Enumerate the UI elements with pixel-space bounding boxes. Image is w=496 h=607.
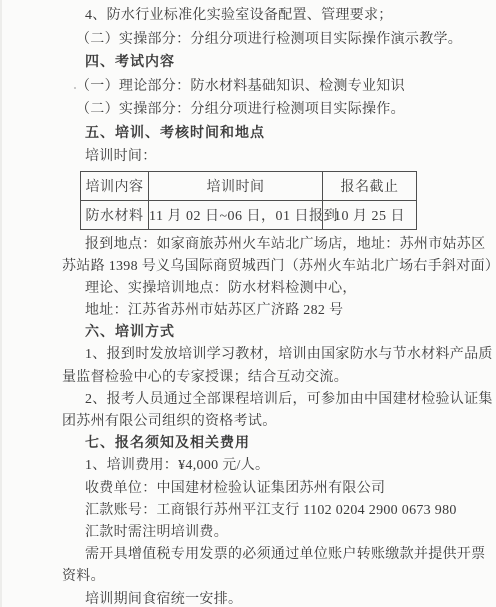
table-header-cell: 培训内容 — [81, 171, 149, 200]
doc-line: 培训时间： — [62, 145, 470, 169]
table-header-cell: 培训时间 — [149, 171, 323, 200]
doc-line: 苏站路 1398 号义乌国际商贸城西门（苏州火车站北广场右手斜对面） — [62, 256, 470, 278]
document-body-bottom: 报到地点：如家商旅苏州火车站北广场店，地址：苏州市姑苏区 苏站路 1398 号义… — [62, 234, 470, 607]
doc-line: （一）理论部分：防水材料基础知识、检测专业知识 — [62, 75, 470, 99]
training-schedule-table: 培训内容 培训时间 报名截止 防水材料 11 月 02 日~06 日，01 日报… — [80, 171, 417, 230]
doc-line: （二）实操部分：分组分项进行检测项目实际操作演示教学。 — [62, 28, 470, 52]
heading-registration-fees: 七、报名须知及相关费用 — [62, 433, 470, 455]
table-row: 防水材料 11 月 02 日~06 日，01 日报到 10 月 25 日 — [81, 200, 417, 229]
doc-line: 2、报考人员通过全部课程培训后，可参加由中国建材检验认证集 — [62, 389, 470, 411]
doc-line: 理论、实操培训地点：防水材料检测中心， — [62, 278, 470, 300]
doc-line: 团苏州有限公司组织的资格考试。 — [62, 411, 470, 433]
heading-training-method: 六、培训方式 — [62, 322, 470, 344]
doc-line: 需开具增值税专用发票的必须通过单位账户转账缴款并提供开票 — [62, 544, 470, 566]
table-header-row: 培训内容 培训时间 报名截止 — [81, 171, 417, 200]
table-header-cell: 报名截止 — [323, 171, 417, 200]
doc-line: 量监督检验中心的专家授课；结合互动交流。 — [62, 367, 470, 389]
doc-line: （二）实操部分：分组分项进行检测项目实际操作。 — [62, 98, 470, 122]
heading-training-time-place: 五、培训、考核时间和地点 — [62, 122, 470, 146]
scanned-document-page: 4、防水行业标准化实验室设备配置、管理要求； （二）实操部分：分组分项进行检测项… — [0, 0, 496, 607]
doc-line: 资料。 — [62, 566, 470, 588]
doc-line: 汇款账号：工商银行苏州平江支行 1102 0204 2900 0673 980 — [62, 500, 470, 522]
doc-line: 4、防水行业标准化实验室设备配置、管理要求； — [62, 4, 470, 28]
doc-line: 地址：江苏省苏州市姑苏区广济路 282 号 — [62, 300, 470, 322]
table-cell: 11 月 02 日~06 日，01 日报到 — [149, 200, 323, 229]
scan-speck — [74, 87, 76, 89]
table-cell: 防水材料 — [81, 200, 149, 229]
doc-line: 收费单位：中国建材检验认证集团苏州有限公司 — [62, 478, 470, 500]
doc-line: 1、报到时发放培训学习教材，培训由国家防水与节水材料产品质 — [62, 344, 470, 366]
doc-line: 培训期间食宿统一安排。 — [62, 589, 470, 607]
table-cell: 10 月 25 日 — [323, 200, 417, 229]
doc-line: 汇款时需注明培训费。 — [62, 522, 470, 544]
doc-line: 报到地点：如家商旅苏州火车站北广场店，地址：苏州市姑苏区 — [62, 234, 470, 256]
doc-line: 1、培训费用：¥4,000 元/人。 — [62, 455, 470, 477]
document-body-top: 4、防水行业标准化实验室设备配置、管理要求； （二）实操部分：分组分项进行检测项… — [62, 4, 470, 169]
heading-exam-content: 四、考试内容 — [62, 51, 470, 75]
